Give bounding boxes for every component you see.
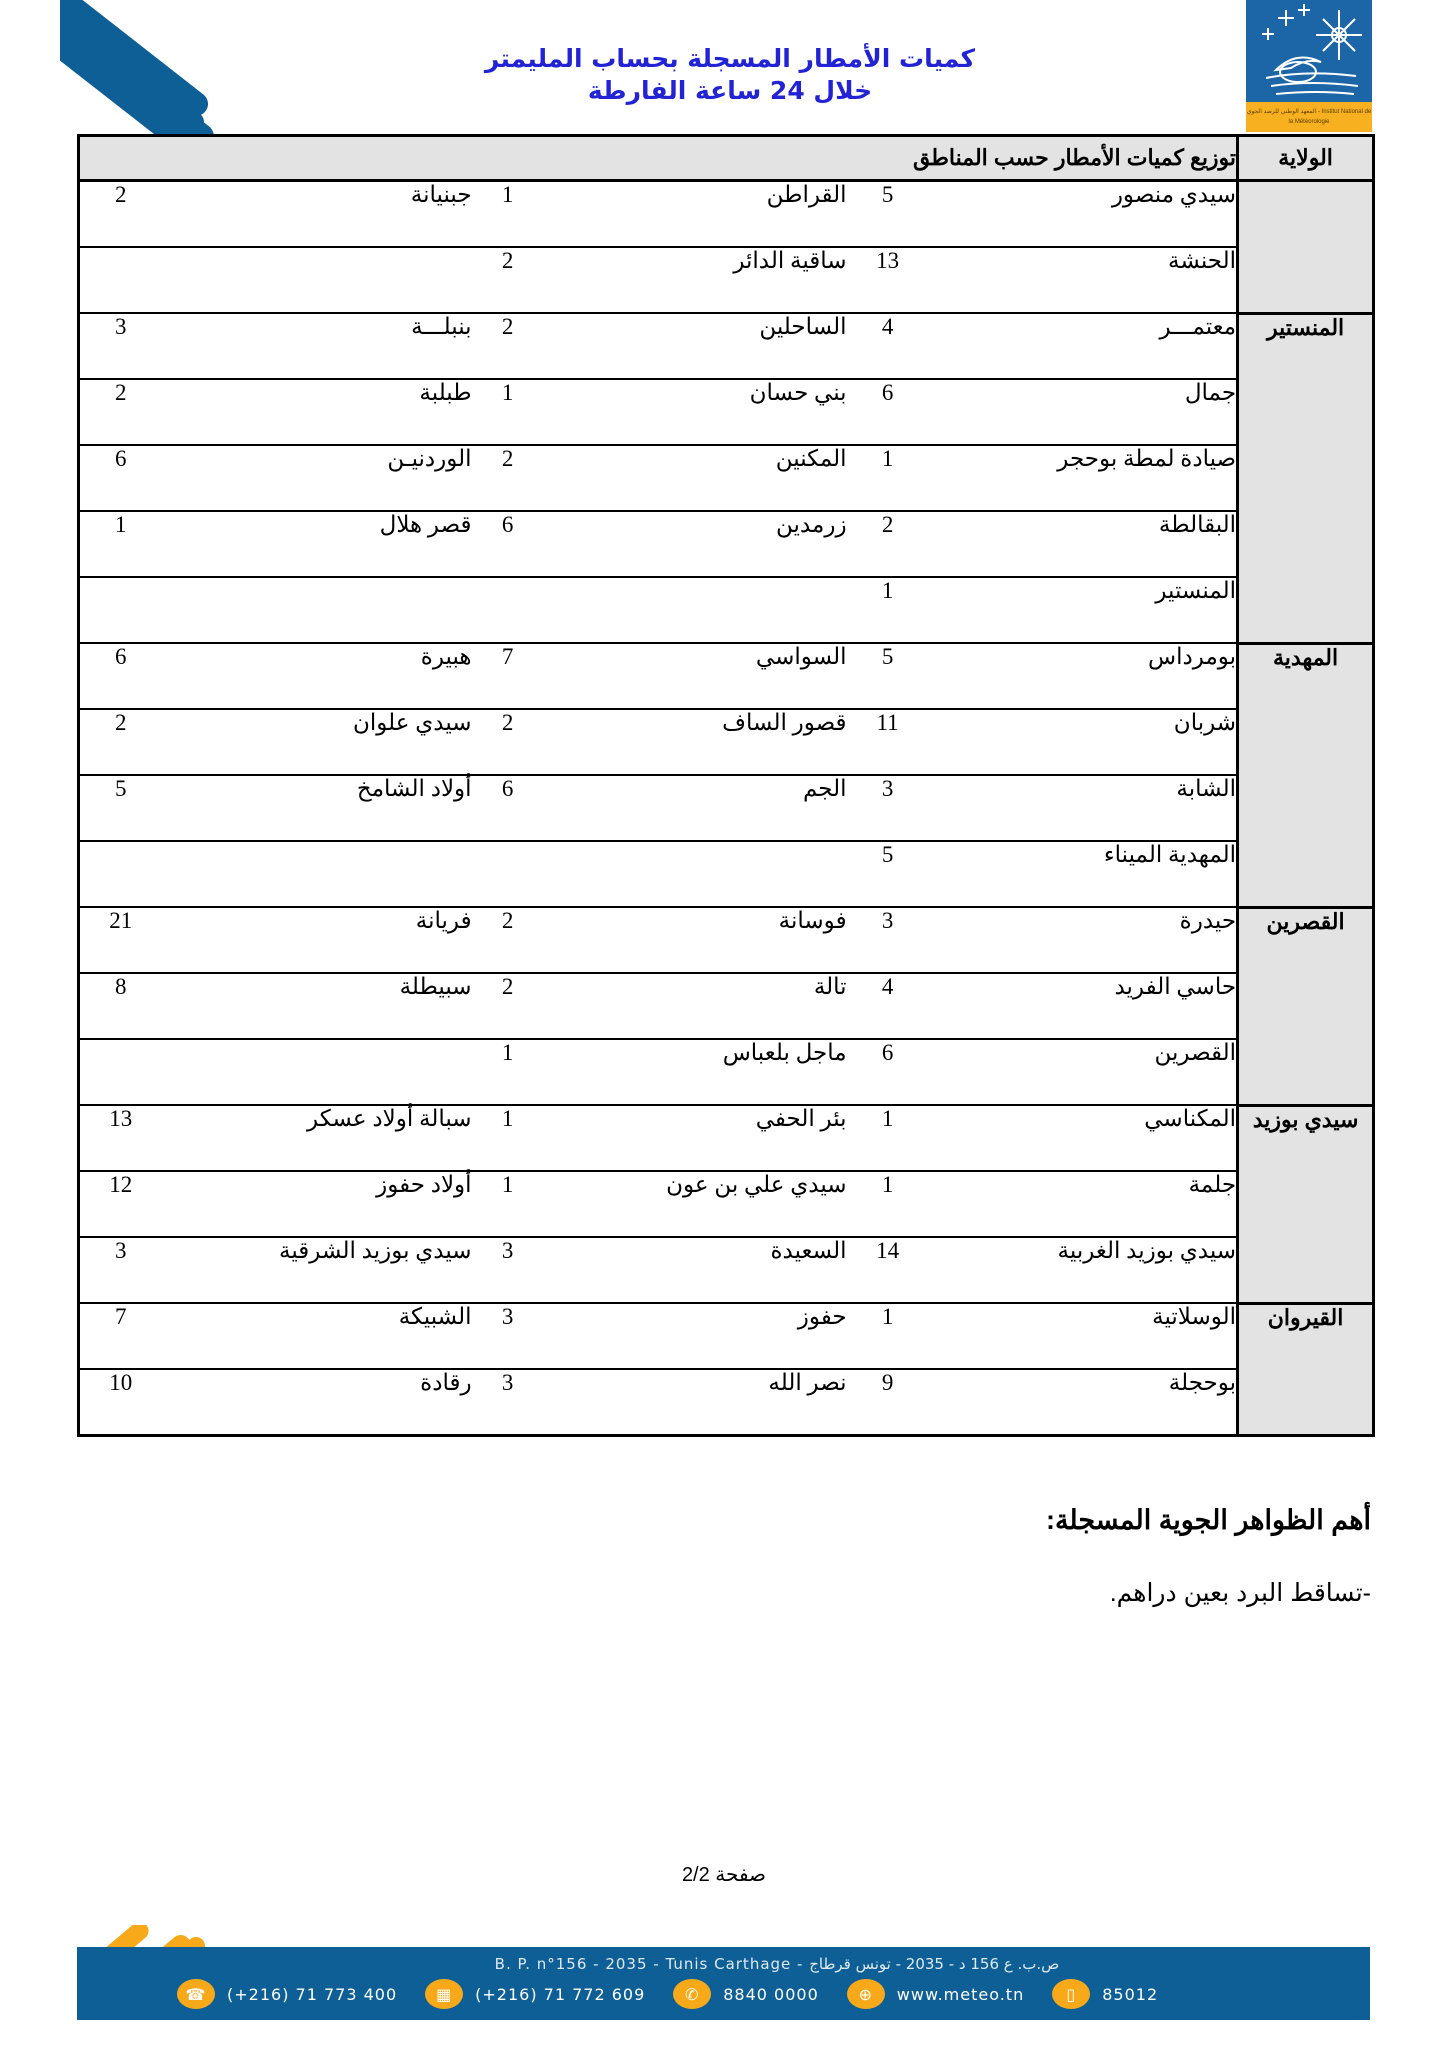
station-name: بني حسان xyxy=(544,379,847,445)
rain-value: 2 xyxy=(472,709,544,775)
table-row: سيدي بوزيدالمكناسي1بئر الحفي1سبالة أولاد… xyxy=(79,1105,1374,1171)
station-name xyxy=(544,841,847,907)
station-name: جمال xyxy=(929,379,1238,445)
station-name xyxy=(162,841,472,907)
phone-number: (+216) 71 773 400 xyxy=(227,1985,397,2004)
station-name: شربان xyxy=(929,709,1238,775)
station-name xyxy=(162,577,472,643)
hotline-icon: ✆ xyxy=(673,1979,711,2009)
rain-value: 5 xyxy=(847,181,929,248)
report-title: كميات الأمطار المسجلة بحساب المليمتر xyxy=(400,44,1060,73)
station-name: حفوز xyxy=(544,1303,847,1369)
station-name: بومرداس xyxy=(929,643,1238,709)
rain-value: 5 xyxy=(847,841,929,907)
table-row: المنستيرمعتمـــر4الساحلين2بنبلـــة3 xyxy=(79,313,1374,379)
rain-value: 13 xyxy=(79,1105,162,1171)
footer-address: B. P. n°156 - 2035 - Tunis Carthage - ص.… xyxy=(377,1955,1177,1973)
station-name: سيدي بوزيد الشرقية xyxy=(162,1237,472,1303)
hotline-number: 8840 0000 xyxy=(723,1985,819,2004)
governorate-cell: سيدي بوزيد xyxy=(1238,1105,1374,1303)
phenomena-heading: أهم الظواهر الجوية المسجلة: xyxy=(1046,1505,1371,1536)
rain-value: 1 xyxy=(847,445,929,511)
table-header-row: الولاية توزيع كميات الأمطار حسب المناطق xyxy=(79,136,1374,181)
station-name xyxy=(544,577,847,643)
station-name: سيدي بوزيد الغربية xyxy=(929,1237,1238,1303)
rain-value: 6 xyxy=(847,1039,929,1105)
rain-value: 4 xyxy=(847,313,929,379)
star-wave-emblem-icon xyxy=(1246,0,1372,102)
rain-value: 3 xyxy=(472,1303,544,1369)
rain-value: 3 xyxy=(472,1237,544,1303)
rain-value: 6 xyxy=(472,775,544,841)
rain-value: 10 xyxy=(79,1369,162,1436)
rain-value: 1 xyxy=(79,511,162,577)
governorate-cell: القصرين xyxy=(1238,907,1374,1105)
rain-value: 1 xyxy=(472,379,544,445)
logo-caption: المعهد الوطني للرصد الجوي - Institut Nat… xyxy=(1246,102,1372,132)
globe-icon: ⊕ xyxy=(847,1979,885,2009)
station-name: نصر الله xyxy=(544,1369,847,1436)
governorate-cell xyxy=(1238,181,1374,314)
table-row: البقالطة2زرمدين6قصر هلال1 xyxy=(79,511,1374,577)
station-name: هبيرة xyxy=(162,643,472,709)
governorate-cell: المنستير xyxy=(1238,313,1374,643)
rainfall-table: الولاية توزيع كميات الأمطار حسب المناطق … xyxy=(77,134,1375,1437)
station-name: السواسي xyxy=(544,643,847,709)
station-name: جلمة xyxy=(929,1171,1238,1237)
station-name: معتمـــر xyxy=(929,313,1238,379)
rain-value: 6 xyxy=(79,445,162,511)
rain-value: 1 xyxy=(472,181,544,248)
rain-value xyxy=(79,841,162,907)
rain-value: 5 xyxy=(847,643,929,709)
table-row: الشابة3الجم6أولاد الشامخ5 xyxy=(79,775,1374,841)
table-row: الحنشة13ساقية الدائر2 xyxy=(79,247,1374,313)
table-row: سيدي بوزيد الغربية14السعيدة3سيدي بوزيد ا… xyxy=(79,1237,1374,1303)
station-name: الوسلاتية xyxy=(929,1303,1238,1369)
station-name: بوحجلة xyxy=(929,1369,1238,1436)
station-name: سيدي منصور xyxy=(929,181,1238,248)
station-name: تالة xyxy=(544,973,847,1039)
station-name: قصور الساف xyxy=(544,709,847,775)
brand-stripes-logo xyxy=(60,0,260,135)
rain-value: 1 xyxy=(472,1105,544,1171)
rain-value: 2 xyxy=(472,445,544,511)
station-name: السعيدة xyxy=(544,1237,847,1303)
column-header-governorate: الولاية xyxy=(1238,136,1374,181)
sms-icon: ▯ xyxy=(1052,1979,1090,2009)
station-name xyxy=(162,1039,472,1105)
station-name: حيدرة xyxy=(929,907,1238,973)
station-name: الشبيكة xyxy=(162,1303,472,1369)
rain-value: 4 xyxy=(847,973,929,1039)
table-row: القيروانالوسلاتية1حفوز3الشبيكة7 xyxy=(79,1303,1374,1369)
rain-value: 1 xyxy=(472,1171,544,1237)
rain-value: 21 xyxy=(79,907,162,973)
station-name: سيدي علوان xyxy=(162,709,472,775)
station-name: الجم xyxy=(544,775,847,841)
station-name: المنستير xyxy=(929,577,1238,643)
station-name: القراطن xyxy=(544,181,847,248)
table-row: جلمة1سيدي علي بن عون1أولاد حفوز12 xyxy=(79,1171,1374,1237)
station-name: المكناسي xyxy=(929,1105,1238,1171)
rain-value: 13 xyxy=(847,247,929,313)
station-name: بنبلـــة xyxy=(162,313,472,379)
rain-value: 2 xyxy=(79,181,162,248)
station-name: سيدي علي بن عون xyxy=(544,1171,847,1237)
rain-value: 1 xyxy=(847,1105,929,1171)
rain-value xyxy=(79,247,162,313)
station-name: رقادة xyxy=(162,1369,472,1436)
table-row: جمال6بني حسان1طبلبة2 xyxy=(79,379,1374,445)
station-name: الوردنيـن xyxy=(162,445,472,511)
table-row: حاسي الفريد4تالة2سبيطلة8 xyxy=(79,973,1374,1039)
rain-value: 1 xyxy=(847,1171,929,1237)
page-number: صفحة 2/2 xyxy=(0,1862,1448,1887)
website-link[interactable]: www.meteo.tn xyxy=(897,1985,1024,2004)
rain-value: 6 xyxy=(847,379,929,445)
station-name: زرمدين xyxy=(544,511,847,577)
rain-value xyxy=(472,841,544,907)
rain-value: 2 xyxy=(847,511,929,577)
rain-value: 6 xyxy=(472,511,544,577)
station-name: الشابة xyxy=(929,775,1238,841)
rain-value: 3 xyxy=(847,775,929,841)
station-name xyxy=(162,247,472,313)
inm-logo: المعهد الوطني للرصد الجوي - Institut Nat… xyxy=(1246,0,1372,132)
rain-value: 6 xyxy=(79,643,162,709)
governorate-cell: المهدية xyxy=(1238,643,1374,907)
rain-value: 2 xyxy=(472,907,544,973)
rain-value: 1 xyxy=(847,577,929,643)
table-row: بوحجلة9نصر الله3رقادة10 xyxy=(79,1369,1374,1436)
rain-value: 3 xyxy=(79,1237,162,1303)
table-row: المهدية الميناء5 xyxy=(79,841,1374,907)
footer-sms: ▯ 85012 xyxy=(1052,1979,1158,2009)
rain-value: 3 xyxy=(79,313,162,379)
rain-value: 7 xyxy=(79,1303,162,1369)
rain-value: 3 xyxy=(472,1369,544,1436)
station-name: حاسي الفريد xyxy=(929,973,1238,1039)
rain-value: 2 xyxy=(79,379,162,445)
table-row: القصرينحيدرة3فوسانة2فريانة21 xyxy=(79,907,1374,973)
rain-value: 12 xyxy=(79,1171,162,1237)
governorate-cell: القيروان xyxy=(1238,1303,1374,1436)
station-name: أولاد الشامخ xyxy=(162,775,472,841)
phone-icon: ☎ xyxy=(177,1979,215,2009)
station-name: الحنشة xyxy=(929,247,1238,313)
station-name: قصر هلال xyxy=(162,511,472,577)
station-name: أولاد حفوز xyxy=(162,1171,472,1237)
station-name: الساحلين xyxy=(544,313,847,379)
rain-value: 2 xyxy=(79,709,162,775)
station-name: القصرين xyxy=(929,1039,1238,1105)
rain-value: 14 xyxy=(847,1237,929,1303)
station-name: المهدية الميناء xyxy=(929,841,1238,907)
footer-website[interactable]: ⊕ www.meteo.tn xyxy=(847,1979,1024,2009)
table-row: صيادة لمطة بوحجر1المكنين2الوردنيـن6 xyxy=(79,445,1374,511)
station-name: البقالطة xyxy=(929,511,1238,577)
sms-number: 85012 xyxy=(1102,1985,1158,2004)
table-row: المهديةبومرداس5السواسي7هبيرة6 xyxy=(79,643,1374,709)
station-name: سبالة أولاد عسكر xyxy=(162,1105,472,1171)
station-name: بئر الحفي xyxy=(544,1105,847,1171)
footer-hotline: ✆ 8840 0000 xyxy=(673,1979,819,2009)
report-subtitle: خلال 24 ساعة الفارطة xyxy=(400,76,1060,105)
column-header-distribution: توزيع كميات الأمطار حسب المناطق xyxy=(79,136,1238,181)
rain-value: 8 xyxy=(79,973,162,1039)
fax-icon: ▦ xyxy=(425,1979,463,2009)
rain-value: 2 xyxy=(472,313,544,379)
station-name: جبنيانة xyxy=(162,181,472,248)
station-name: طبلبة xyxy=(162,379,472,445)
station-name: سبيطلة xyxy=(162,973,472,1039)
table-row: المنستير1 xyxy=(79,577,1374,643)
station-name: فوسانة xyxy=(544,907,847,973)
station-name: فريانة xyxy=(162,907,472,973)
table-row: شربان11قصور الساف2سيدي علوان2 xyxy=(79,709,1374,775)
table-row: سيدي منصور5القراطن1جبنيانة2 xyxy=(79,181,1374,248)
station-name: صيادة لمطة بوحجر xyxy=(929,445,1238,511)
station-name: ماجل بلعباس xyxy=(544,1039,847,1105)
rain-value: 9 xyxy=(847,1369,929,1436)
station-name: ساقية الدائر xyxy=(544,247,847,313)
station-name: المكنين xyxy=(544,445,847,511)
footer-contact-band: B. P. n°156 - 2035 - Tunis Carthage - ص.… xyxy=(77,1947,1370,2020)
rain-value: 7 xyxy=(472,643,544,709)
rain-value: 11 xyxy=(847,709,929,775)
rain-value xyxy=(79,1039,162,1105)
fax-number: (+216) 71 772 609 xyxy=(475,1985,645,2004)
rain-value: 2 xyxy=(472,973,544,1039)
table-row: القصرين6ماجل بلعباس1 xyxy=(79,1039,1374,1105)
rain-value: 1 xyxy=(847,1303,929,1369)
footer-fax: ▦ (+216) 71 772 609 xyxy=(425,1979,645,2009)
rain-value xyxy=(79,577,162,643)
footer-phone: ☎ (+216) 71 773 400 xyxy=(177,1979,397,2009)
rain-value xyxy=(472,577,544,643)
rain-value: 5 xyxy=(79,775,162,841)
phenomena-item: -تساقط البرد بعين دراهم. xyxy=(1110,1578,1371,1608)
rain-value: 1 xyxy=(472,1039,544,1105)
rain-value: 3 xyxy=(847,907,929,973)
rain-value: 2 xyxy=(472,247,544,313)
